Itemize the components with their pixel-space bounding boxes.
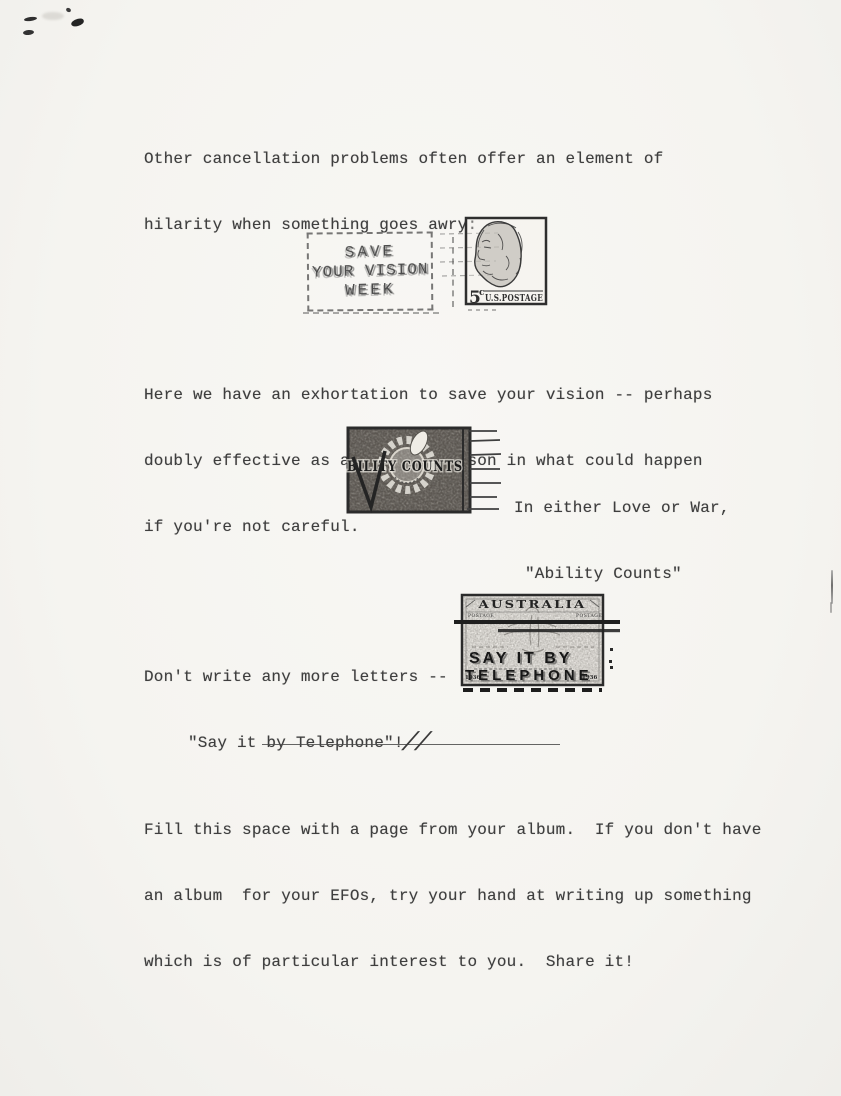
ink-smudge bbox=[24, 16, 37, 22]
scan-artifact-line bbox=[830, 602, 832, 613]
ink-smudge bbox=[23, 30, 34, 36]
ink-smudge bbox=[65, 7, 71, 13]
us-5c-washington-stamp: 5 c U.S.POSTAGE bbox=[440, 210, 552, 314]
text-line: Here we have an exhortation to save your… bbox=[144, 384, 713, 406]
cancel-slogan-line2: TELEPHONE bbox=[465, 667, 593, 684]
scan-artifact-line bbox=[831, 570, 833, 604]
cancel-bar bbox=[454, 620, 620, 624]
stamp-postage-right: POSTAGE bbox=[576, 613, 602, 619]
cancel-slogan-line1: SAY IT BY bbox=[469, 650, 572, 667]
cancel-slogan-text: BILITY COUNTS bbox=[347, 459, 463, 475]
ink-smudge bbox=[70, 18, 84, 28]
text-line: an album for your EFOs, try your hand at… bbox=[144, 885, 762, 907]
ink-smudge bbox=[42, 12, 64, 20]
cancel-text-line: YOUR VISION bbox=[311, 260, 428, 282]
cancel-text-line: SAVE bbox=[344, 242, 395, 262]
cancel-dots bbox=[609, 648, 613, 669]
killer-bars bbox=[467, 431, 501, 509]
scanned-page: Other cancellation problems often offer … bbox=[0, 0, 841, 1096]
text-line: In either Love or War, bbox=[514, 497, 730, 519]
australia-telephone-stamp: AUSTRALIA POSTAGE POSTAGE 1936 1936 SAY … bbox=[452, 589, 624, 701]
ability-counts-cancellation: BILITY COUNTS bbox=[345, 425, 505, 517]
stamp-postage-left: POSTAGE bbox=[468, 613, 494, 619]
closing-paragraph: Fill this space with a page from your al… bbox=[144, 775, 762, 1017]
text-line: "Ability Counts" bbox=[525, 563, 730, 585]
stamp-inscription: U.S.POSTAGE bbox=[485, 293, 543, 304]
text-line: Other cancellation problems often offer … bbox=[144, 148, 663, 170]
text-line: Fill this space with a page from your al… bbox=[144, 819, 762, 841]
text-line: which is of particular interest to you. … bbox=[144, 951, 762, 973]
save-your-vision-cancellation: SAVE YOUR VISION WEEK bbox=[307, 231, 434, 311]
cancel-text-line: WEEK bbox=[345, 280, 396, 300]
text-line: Don't write any more letters -- bbox=[144, 666, 448, 688]
telephone-caption: Don't write any more letters -- "Say it … bbox=[144, 622, 448, 798]
stamp-country-text: AUSTRALIA bbox=[477, 597, 586, 611]
cancel-bar bbox=[498, 629, 620, 632]
divider-slashes: // bbox=[400, 728, 429, 758]
section-divider: // bbox=[262, 732, 560, 758]
cancel-frame-ghost-line bbox=[303, 312, 439, 314]
